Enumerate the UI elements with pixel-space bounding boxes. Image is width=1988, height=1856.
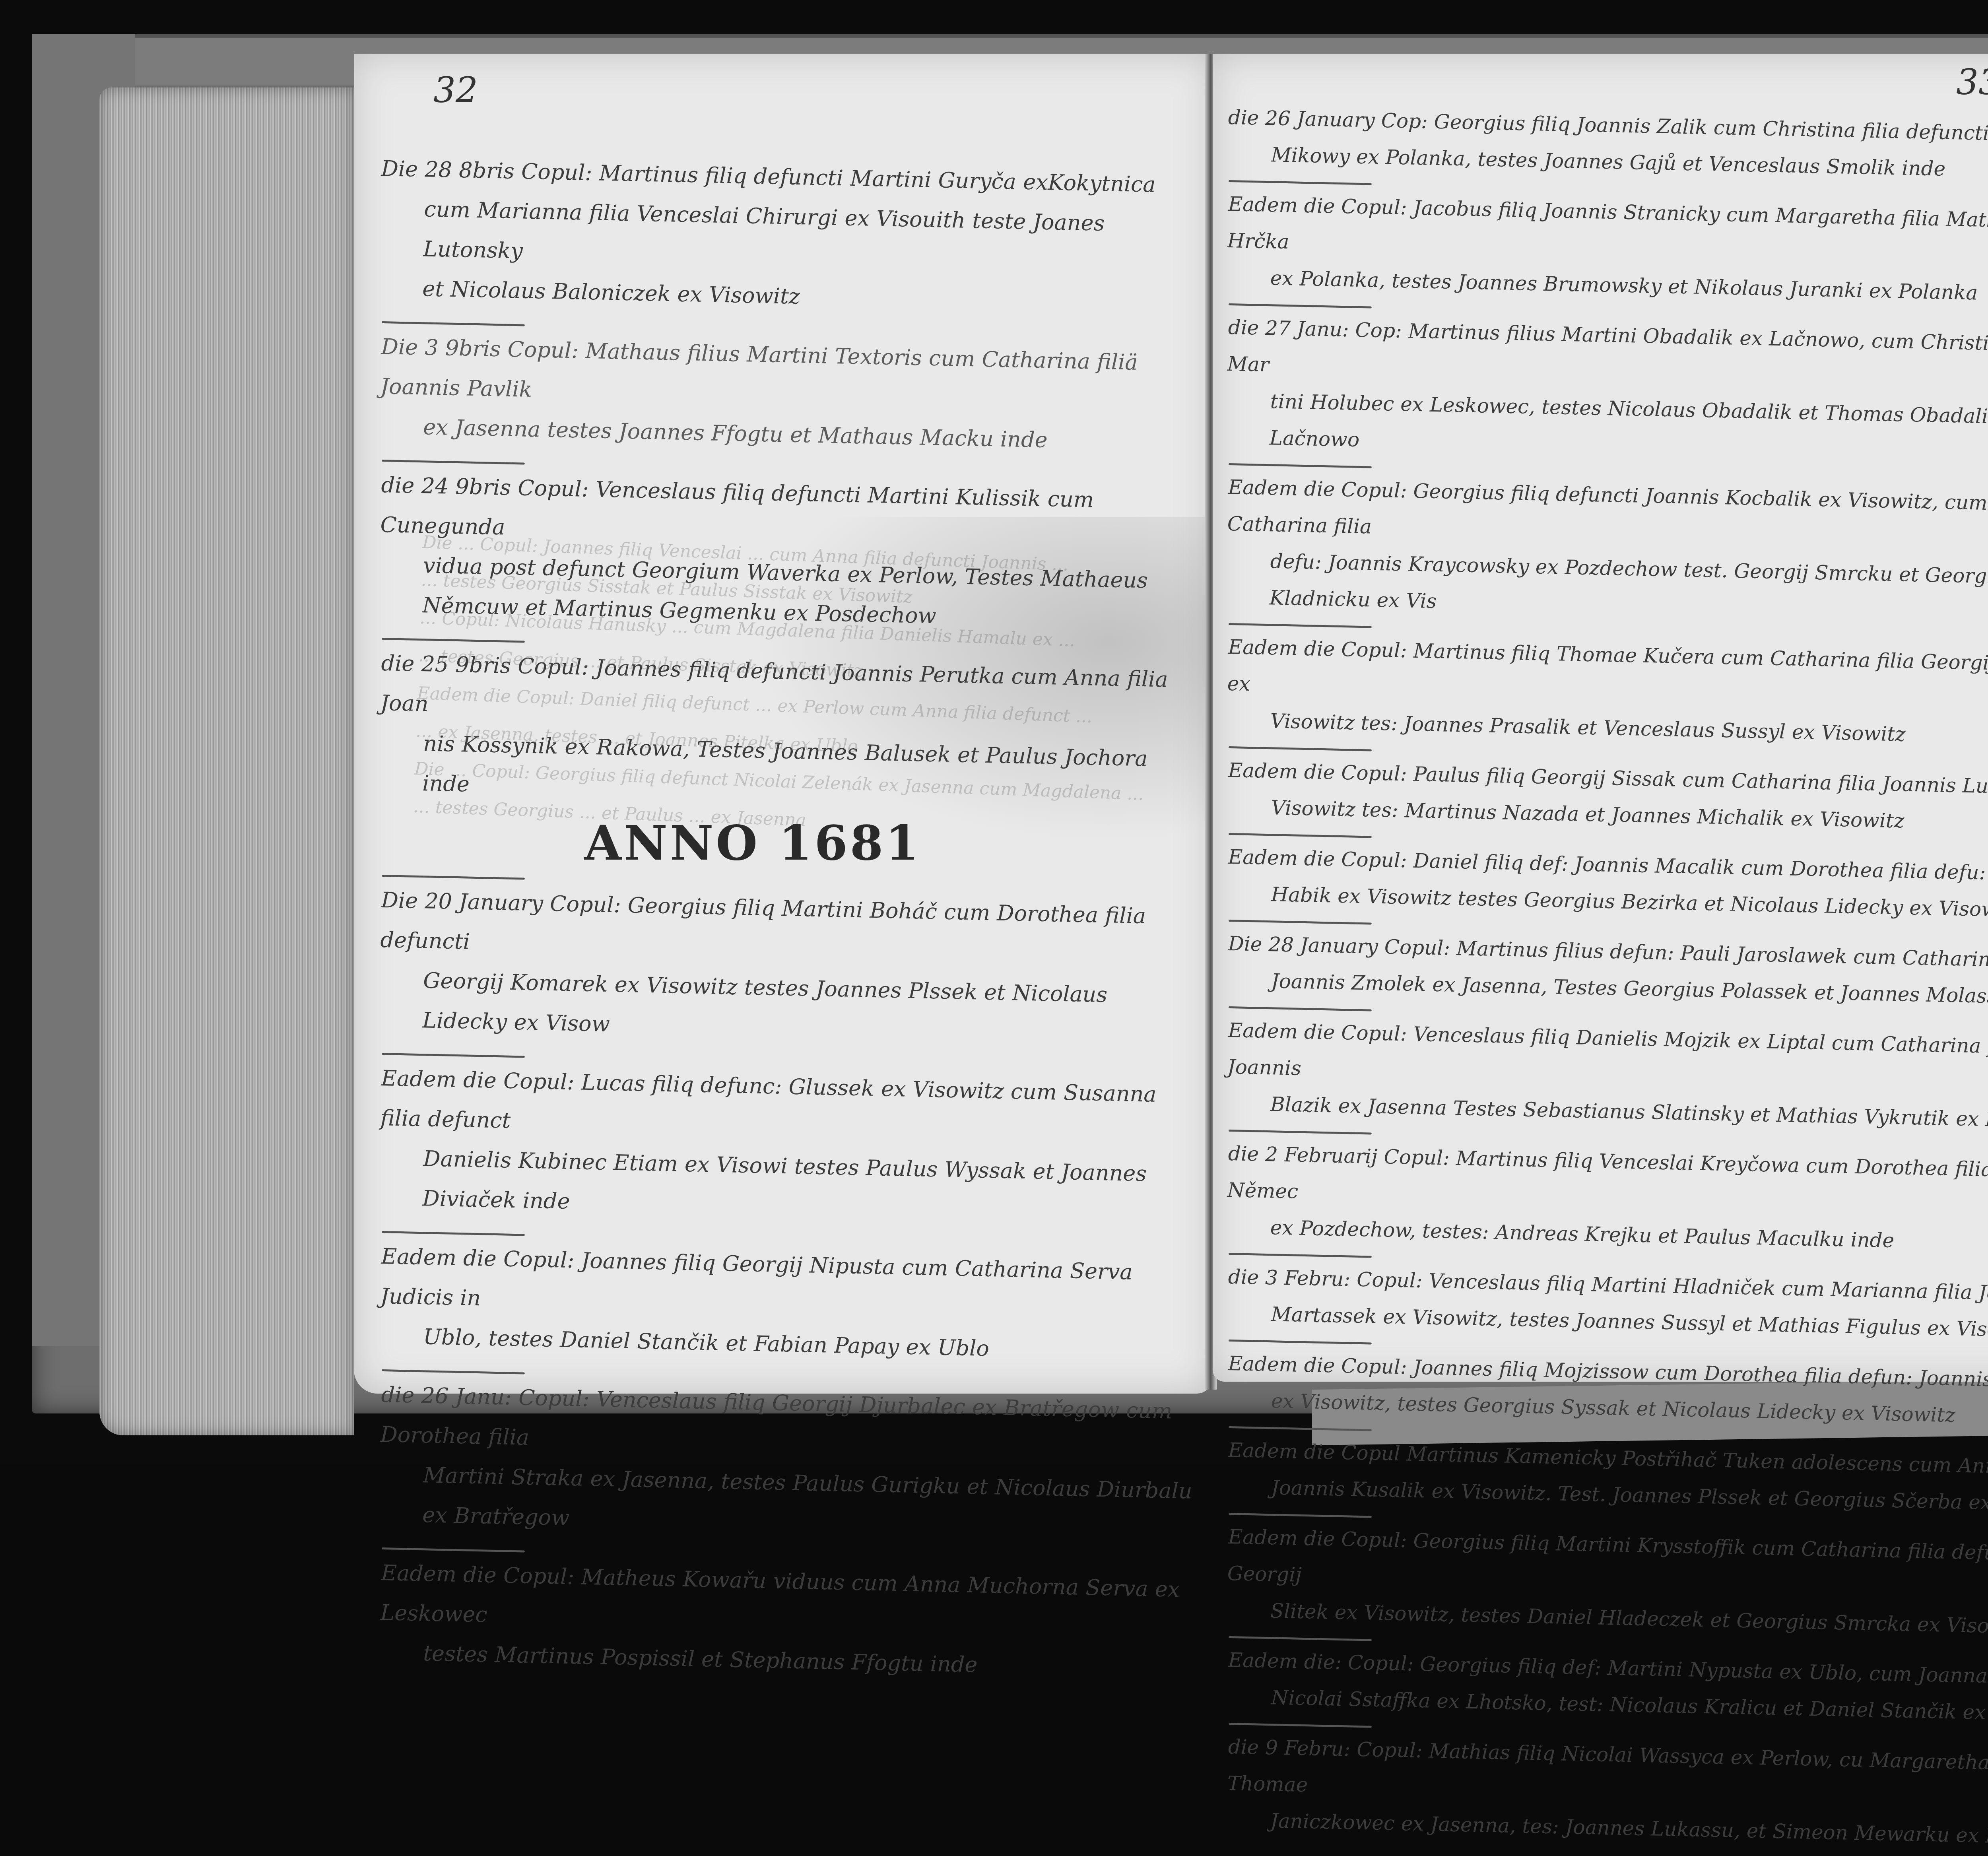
entry-line: Martini Straka ex Jasenna, testes Paulus…	[378, 1454, 1195, 1465]
entry-line: Georgij Komarek ex Visowitz testes Joann…	[378, 960, 1195, 1056]
entry-line: tini Holubec ex Leskowec, testes Nicolau…	[1225, 382, 1988, 473]
entry-divider	[1229, 1006, 1372, 1011]
entry-divider	[382, 1053, 525, 1058]
entry-line: Martassek ex Visowitz, testes Joannes Su…	[1227, 1295, 1988, 1349]
entry-divider	[382, 460, 525, 465]
entry-line: Blazik ex Jasenna Testes Sebastianus Sla…	[1226, 1085, 1988, 1140]
register-entry: die 26 January Cop: Georgius filiq Joann…	[1227, 93, 1988, 190]
entry-line: ex Visowitz, testes Georgius Syssak et N…	[1227, 1382, 1988, 1436]
left-page-entries-lower: Die 20 January Copul: Georgius filiq Mar…	[382, 875, 1197, 1465]
register-entry: Die 28 January Copul: Martinus filius de…	[1227, 920, 1988, 1016]
entry-divider	[1229, 180, 1372, 185]
entry-line: Joannis Zmolek ex Jasenna, Testes Georgi…	[1227, 962, 1988, 1016]
entry-line: Eadem die Copul: Joannes filiq Georgij N…	[380, 1244, 1133, 1310]
entry-line: die 2 Februarij Copul: Martinus filiq Ve…	[1227, 1142, 1988, 1203]
entry-line: defu: Joannis Kraycowsky ex Pozdechow te…	[1225, 542, 1988, 633]
entry-divider	[1229, 1130, 1372, 1135]
scan-background: 32 Die 28 8bris Copul: Martinus filiq de…	[0, 0, 1988, 1465]
entry-divider	[1229, 1340, 1372, 1345]
entry-divider	[382, 875, 525, 880]
entry-line: Mikowy ex Polanka, testes Joannes Gajů e…	[1227, 136, 1988, 190]
register-entry: Eadem die Copul Martinus Kamenicky Postř…	[1227, 1426, 1988, 1465]
register-entry: Eadem die Copul: Jacobus filiq Joannis S…	[1226, 180, 1988, 313]
entry-line: Ublo, testes Daniel Stančik et Fabian Pa…	[379, 1316, 1195, 1373]
entry-divider	[1229, 1426, 1372, 1431]
entry-line: Eadem die Copul: Lucas filiq defunc: Glu…	[380, 1066, 1157, 1133]
page-edges-left	[99, 87, 354, 1435]
entry-line: Eadem die Copul: Martinus filiq Thomae K…	[1227, 635, 1988, 695]
entry-line: ex Jasenna testes Joannes Ffogtu et Math…	[379, 406, 1195, 463]
entry-line: Habik ex Visowitz testes Georgius Bezirk…	[1227, 875, 1988, 930]
entry-line: Die 20 January Copul: Georgius filiq Mar…	[380, 887, 1146, 954]
entry-line: Eadem die Copul Martinus Kamenicky Postř…	[1228, 1439, 1988, 1465]
register-entry: Eadem die Copul: Martinus filiq Thomae K…	[1226, 623, 1988, 756]
register-entry: Eadem die Copul: Paulus filiq Georgij Si…	[1227, 746, 1988, 843]
register-entry: Eadem die Copul: Venceslaus filiq Daniel…	[1226, 1006, 1988, 1140]
register-entry: die 2 Februarij Copul: Martinus filiq Ve…	[1226, 1130, 1988, 1263]
entry-line: Eadem die Copul: Georgius filiq defuncti…	[1227, 476, 1988, 538]
register-entry: Eadem die Copul: Lucas filiq defunc: Glu…	[378, 1053, 1196, 1235]
register-entry: Die 28 8bris Copul: Martinus filiq defun…	[378, 143, 1196, 325]
entry-line: Eadem die Copul: Jacobus filiq Joannis S…	[1227, 192, 1988, 253]
register-entry: Die 20 January Copul: Georgius filiq Mar…	[378, 875, 1196, 1056]
entry-line: Visowitz tes: Martinus Nazada et Joannes…	[1227, 788, 1988, 843]
register-entry: Eadem die Copul: Georgius filiq defuncti…	[1225, 463, 1988, 633]
entry-divider	[1229, 746, 1372, 751]
entry-divider	[1229, 303, 1372, 309]
entry-line: Danielis Kubinec Etiam ex Visowi testes …	[378, 1138, 1195, 1235]
register-entry: Eadem die Copul: Joannes filiq Mojzissow…	[1227, 1340, 1988, 1436]
entry-line: die 26 Janu: Copul: Venceslaus filiq Geo…	[380, 1382, 1173, 1450]
entry-divider	[1229, 463, 1372, 468]
right-page-entries: die 26 January Cop: Georgius filiq Joann…	[1229, 93, 1988, 1465]
entry-line: Eadem die Copul: Venceslaus filiq Daniel…	[1227, 1019, 1988, 1080]
register-entry: Eadem die Copul: Daniel filiq def: Joann…	[1227, 833, 1988, 930]
register-entry: die 26 Janu: Copul: Venceslaus filiq Geo…	[378, 1369, 1196, 1465]
entry-divider	[382, 1369, 525, 1375]
year-heading: ANNO 1681	[584, 815, 921, 871]
entry-line: ex Pozdechow, testes: Andreas Krejku et …	[1226, 1208, 1988, 1263]
page-number-left: 32	[433, 70, 478, 111]
entry-divider	[1229, 1253, 1372, 1258]
entry-line: die 27 Janu: Cop: Martinus filius Martin…	[1227, 316, 1988, 376]
show-through-text: Die ... Copul: Joannes filiq Venceslai .…	[412, 523, 1198, 852]
register-entry: die 3 Febru: Copul: Venceslaus filiq Mar…	[1227, 1253, 1988, 1349]
entry-divider	[1229, 623, 1372, 628]
entry-line: Visowitz tes: Joannes Prasalik et Vences…	[1226, 702, 1988, 756]
entry-divider	[1229, 833, 1372, 838]
register-entry: die 27 Janu: Cop: Martinus filius Martin…	[1225, 303, 1988, 473]
entry-line: Die 3 9bris Copul: Mathaus filius Martin…	[380, 334, 1138, 402]
entry-divider	[382, 1231, 525, 1236]
register-entry: Eadem die Copul: Joannes filiq Georgij N…	[379, 1231, 1196, 1373]
register-entry: Die 3 9bris Copul: Mathaus filius Martin…	[379, 321, 1196, 463]
entry-line: ex Polanka, testes Joannes Brumowsky et …	[1226, 259, 1988, 313]
entry-divider	[1229, 920, 1372, 925]
entry-divider	[382, 321, 525, 326]
